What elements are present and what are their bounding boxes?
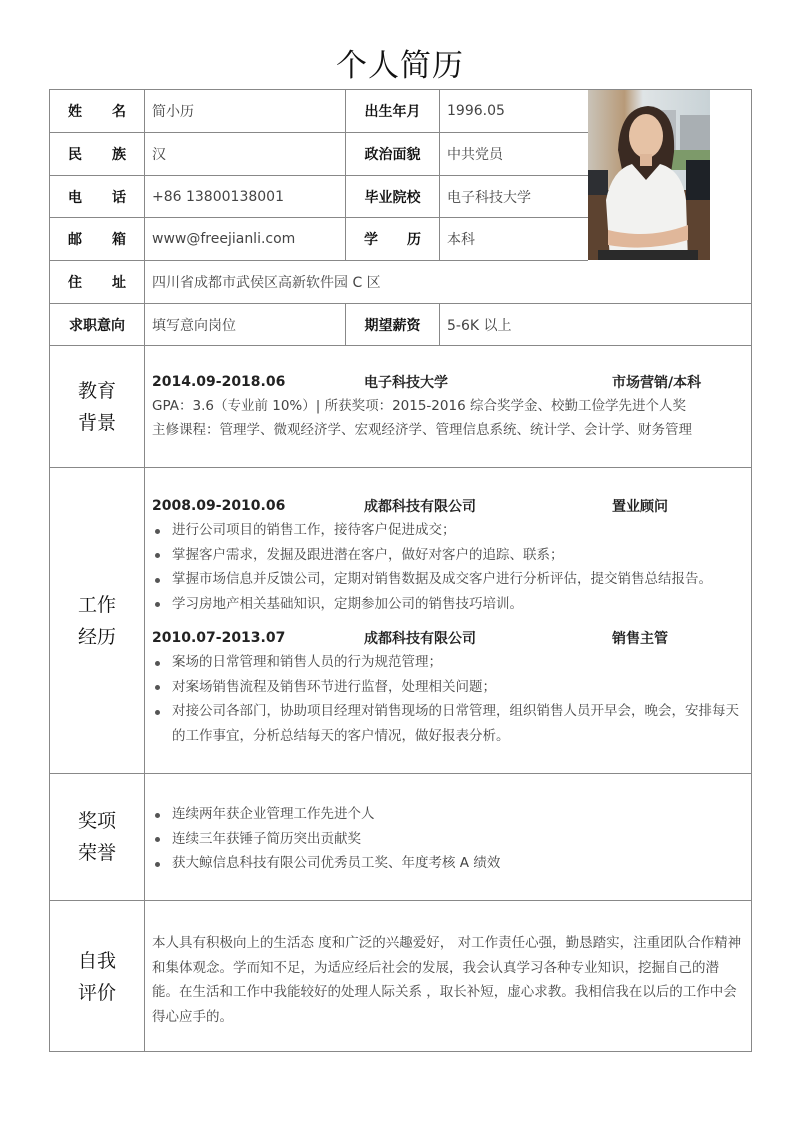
job-header: 2010.07-2013.07 成都科技有限公司 销售主管 xyxy=(152,626,745,650)
awards-section-title: 奖项荣誉 xyxy=(50,774,145,901)
job-position: 置业顾问 xyxy=(612,496,668,516)
ethnicity-value: 汉 xyxy=(145,133,346,176)
portrait-image-icon xyxy=(588,90,710,260)
education-gpa-line: GPA：3.6（专业前 10%）| 所获奖项：2015-2016 综合奖学金、校… xyxy=(152,394,745,418)
job-duties-list: 进行公司项目的销售工作，接待客户促进成交； 掌握客户需求，发掘及跟进潜在客户，做… xyxy=(152,518,745,616)
job-duties-list: 案场的日常管理和销售人员的行为规范管理； 对案场销售流程及销售环节进行监督，处理… xyxy=(152,650,745,748)
label-char: 箱 xyxy=(112,229,126,249)
work-section-title: 工作经历 xyxy=(50,468,145,774)
section-title-line: 自我 xyxy=(78,945,116,977)
section-title-line: 教育 xyxy=(78,375,116,407)
section-title-line: 荣誉 xyxy=(78,837,116,869)
address-label: 住址 xyxy=(50,261,145,304)
label-char: 姓 xyxy=(68,101,82,121)
ethnicity-label: 民族 xyxy=(50,133,145,176)
degree-label: 学历 xyxy=(346,218,440,261)
section-title-line: 奖项 xyxy=(78,805,116,837)
list-item: 学习房地产相关基础知识，定期参加公司的销售技巧培训。 xyxy=(152,592,745,617)
self-eval-section-body: 本人具有积极向上的生活态 度和广泛的兴趣爱好， 对工作责任心强，勤恳踏实，注重团… xyxy=(145,901,752,1052)
email-value: www@freejianli.com xyxy=(145,218,346,261)
label-char: 名 xyxy=(112,101,126,121)
page-title: 个人简历 xyxy=(0,40,800,85)
job-intent-value: 填写意向岗位 xyxy=(145,304,346,346)
job-company: 成都科技有限公司 xyxy=(364,496,612,516)
education-period: 2014.09-2018.06 xyxy=(152,374,364,390)
education-major: 市场营销/本科 xyxy=(612,372,701,392)
list-item: 掌握市场信息并反馈公司，定期对销售数据及成交客户进行分析评估，提交销售总结报告。 xyxy=(152,567,745,592)
job-position: 销售主管 xyxy=(612,628,668,648)
job-intent-label: 求职意向 xyxy=(50,304,145,346)
email-label: 邮箱 xyxy=(50,218,145,261)
address-value: 四川省成都市武侯区高新软件园 C 区 xyxy=(145,261,752,304)
label-char: 民 xyxy=(68,144,82,164)
name-value: 简小历 xyxy=(145,90,346,133)
phone-label: 电话 xyxy=(50,176,145,218)
degree-value: 本科 xyxy=(440,218,588,261)
section-title-line: 经历 xyxy=(78,621,116,653)
label-char: 电 xyxy=(68,187,82,207)
name-label: 姓名 xyxy=(50,90,145,133)
education-school: 电子科技大学 xyxy=(364,372,612,392)
list-item: 获大鲸信息科技有限公司优秀员工奖、年度考核 A 绩效 xyxy=(152,851,745,876)
education-section-body: 2014.09-2018.06 电子科技大学 市场营销/本科 GPA：3.6（专… xyxy=(145,346,752,468)
label-char: 历 xyxy=(407,229,421,249)
education-section-title: 教育背景 xyxy=(50,346,145,468)
label-char: 话 xyxy=(112,187,126,207)
list-item: 案场的日常管理和销售人员的行为规范管理； xyxy=(152,650,745,675)
school-label: 毕业院校 xyxy=(346,176,440,218)
phone-value: +86 13800138001 xyxy=(145,176,346,218)
label-char: 住 xyxy=(68,272,82,292)
birth-value: 1996.05 xyxy=(440,90,588,133)
education-courses-line: 主修课程：管理学、微观经济学、宏观经济学、管理信息系统、统计学、会计学、财务管理 xyxy=(152,418,745,442)
section-title-line: 评价 xyxy=(78,977,116,1009)
list-item: 对接公司各部门，协助项目经理对销售现场的日常管理，组织销售人员开早会，晚会，安排… xyxy=(152,699,745,748)
self-eval-section-title: 自我评价 xyxy=(50,901,145,1052)
job-period: 2008.09-2010.06 xyxy=(152,498,364,514)
list-item: 掌握客户需求，发掘及跟进潜在客户，做好对客户的追踪、联系； xyxy=(152,543,745,568)
work-section-body: 2008.09-2010.06 成都科技有限公司 置业顾问 进行公司项目的销售工… xyxy=(145,468,752,774)
list-item: 连续三年获锤子简历突出贡献奖 xyxy=(152,827,745,852)
salary-label: 期望薪资 xyxy=(346,304,440,346)
school-value: 电子科技大学 xyxy=(440,176,588,218)
awards-list: 连续两年获企业管理工作先进个人 连续三年获锤子简历突出贡献奖 获大鲸信息科技有限… xyxy=(152,802,745,876)
salary-value: 5-6K 以上 xyxy=(440,304,752,346)
label-char: 族 xyxy=(112,144,126,164)
job-period: 2010.07-2013.07 xyxy=(152,630,364,646)
political-value: 中共党员 xyxy=(440,133,588,176)
portrait-photo xyxy=(588,90,710,260)
list-item: 进行公司项目的销售工作，接待客户促进成交； xyxy=(152,518,745,543)
section-title-line: 背景 xyxy=(78,407,116,439)
list-item: 连续两年获企业管理工作先进个人 xyxy=(152,802,745,827)
list-item: 对案场销售流程及销售环节进行监督，处理相关问题； xyxy=(152,675,745,700)
label-char: 邮 xyxy=(68,229,82,249)
resume-table: 姓名 简小历 出生年月 1996.05 民族 汉 政治面貌 中共党员 电话 +8… xyxy=(49,89,752,1052)
birth-label: 出生年月 xyxy=(346,90,440,133)
section-title-line: 工作 xyxy=(78,589,116,621)
job-company: 成都科技有限公司 xyxy=(364,628,612,648)
job-header: 2008.09-2010.06 成都科技有限公司 置业顾问 xyxy=(152,494,745,518)
label-char: 址 xyxy=(112,272,126,292)
awards-section-body: 连续两年获企业管理工作先进个人 连续三年获锤子简历突出贡献奖 获大鲸信息科技有限… xyxy=(145,774,752,901)
label-char: 学 xyxy=(364,229,378,249)
education-header: 2014.09-2018.06 电子科技大学 市场营销/本科 xyxy=(152,370,745,394)
self-eval-text: 本人具有积极向上的生活态 度和广泛的兴趣爱好， 对工作责任心强，勤恳踏实，注重团… xyxy=(152,931,745,1029)
political-label: 政治面貌 xyxy=(346,133,440,176)
